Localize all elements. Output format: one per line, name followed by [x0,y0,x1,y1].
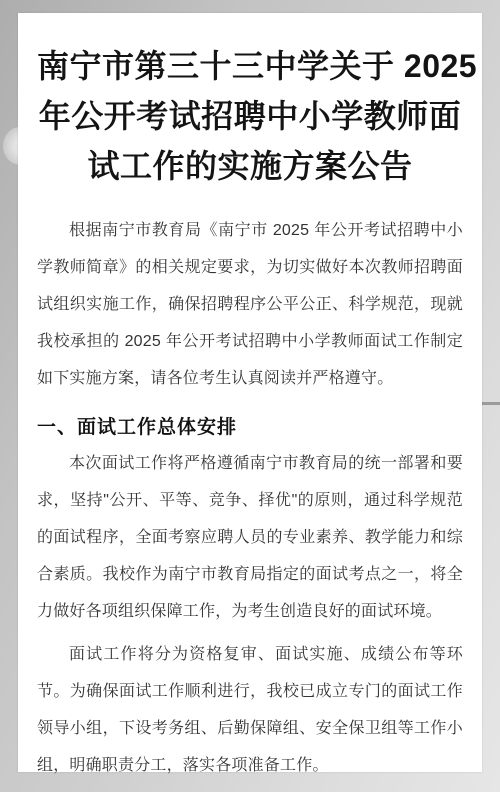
section-1-heading: 一、面试工作总体安排 [37,415,463,441]
title-line-2: 年公开考试招聘中小学教师面 [37,91,463,141]
intro-paragraph: 根据南宁市教育局《南宁市 2025 年公开考试招聘中小学教师简章》的相关规定要求… [37,212,463,397]
announcement-title: 南宁市第三十三中学关于 2025 年公开考试招聘中小学教师面 试工作的实施方案公… [37,41,463,191]
page-background: { "theme": { "backdrop_gray_dark": "#ada… [0,0,500,792]
document-card: 南宁市第三十三中学关于 2025 年公开考试招聘中小学教师面 试工作的实施方案公… [18,13,482,772]
title-line-3: 试工作的实施方案公告 [37,141,463,191]
background-seam-line [480,402,500,405]
section-1-paragraph-2: 面试工作将分为资格复审、面试实施、成绩公布等环节。为确保面试工作顺利进行，我校已… [37,636,463,784]
title-line-1: 南宁市第三十三中学关于 2025 [37,41,463,91]
section-1-paragraph-1: 本次面试工作将严格遵循南宁市教育局的统一部署和要求，坚持"公开、平等、竞争、择优… [37,445,463,630]
